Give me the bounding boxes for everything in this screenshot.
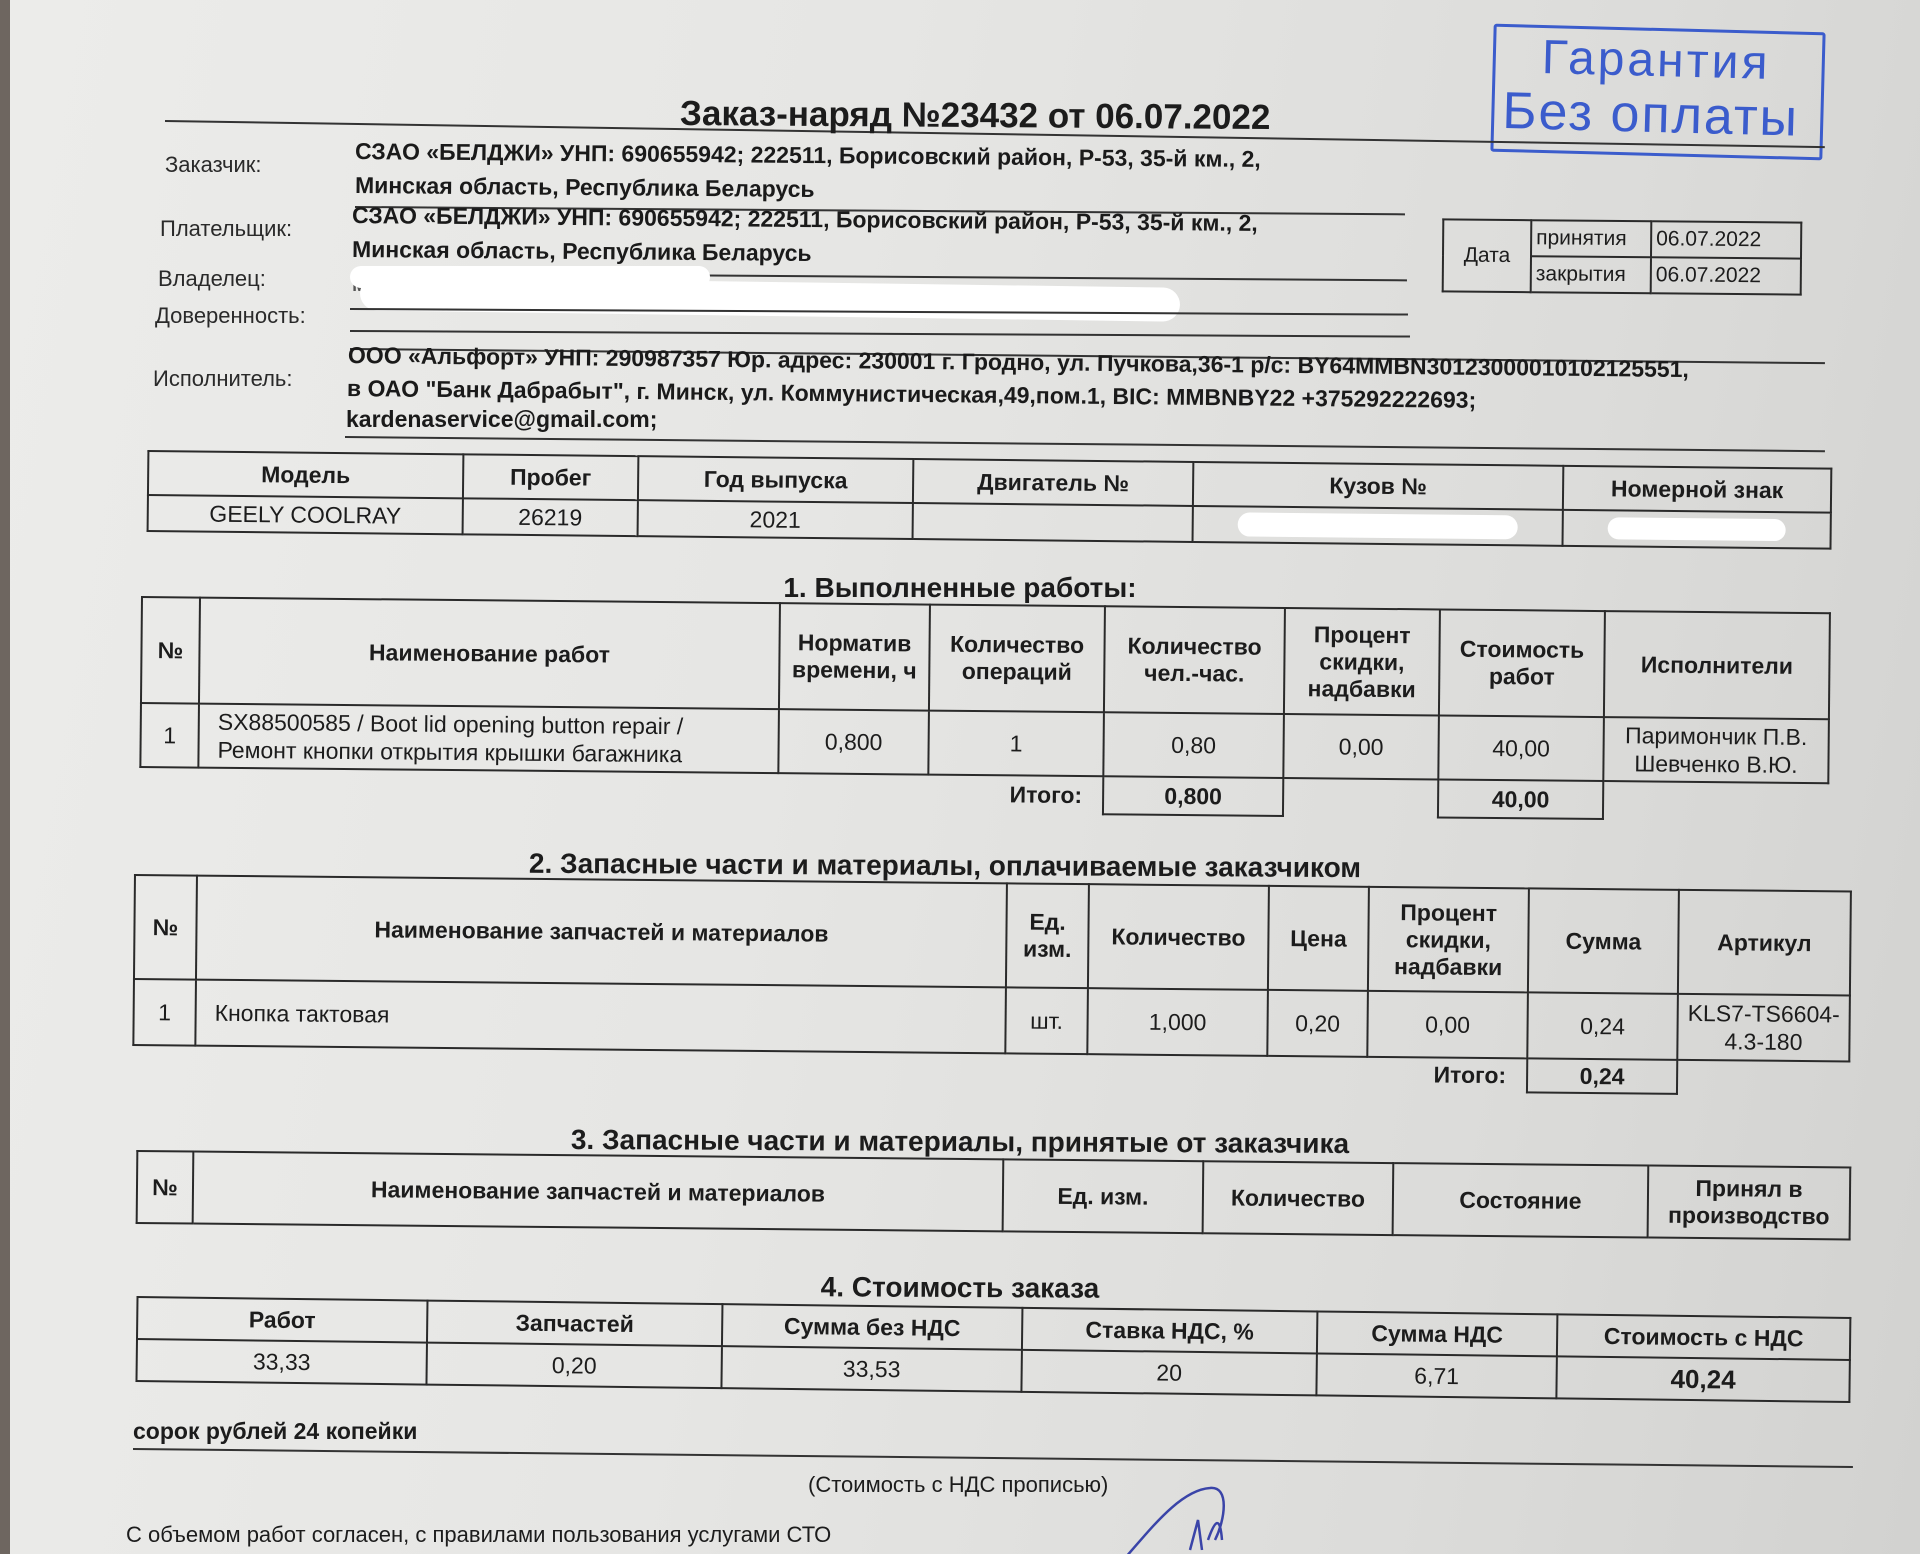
parts-header: Цена <box>1268 886 1369 991</box>
parts-table: № Наименование запчастей и материалов Ед… <box>132 874 1852 1096</box>
parts-header: Процент скидки, надбавки <box>1368 887 1529 993</box>
parts-header: Ед. изм. <box>1006 883 1089 988</box>
closed-label: закрытия <box>1531 256 1651 293</box>
amount-in-words-caption: (Стоимость с НДС прописью) <box>808 1472 1108 1498</box>
works-header: Количество операций <box>929 605 1105 713</box>
proxy-label: Доверенность: <box>155 303 306 329</box>
accepted-date: 06.07.2022 <box>1651 221 1801 258</box>
part-unit: шт. <box>1005 987 1088 1054</box>
customer-label: Заказчик: <box>165 152 261 178</box>
works-header: Процент скидки, надбавки <box>1284 608 1440 715</box>
work-norm-time: 0,800 <box>778 709 929 774</box>
vehicle-header: Двигатель № <box>913 459 1193 506</box>
order-number: Заказ-наряд №23432 <box>680 94 1038 135</box>
article-line2: 4.3-180 <box>1682 1027 1844 1057</box>
part-price: 0,20 <box>1267 990 1368 1057</box>
part-qty: 1,000 <box>1087 988 1268 1056</box>
owner-label: Владелец: <box>158 266 266 292</box>
customer-line2: Минская область, Республика Беларусь <box>355 170 815 204</box>
order-date: от 06.07.2022 <box>1048 97 1271 138</box>
vehicle-mileage: 26219 <box>463 498 638 536</box>
works-header: № <box>141 597 200 704</box>
works-header: Норматив времени, ч <box>779 603 930 710</box>
order-cost-header: Сумма без НДС <box>722 1304 1022 1350</box>
work-man-hours: 0,80 <box>1103 712 1284 778</box>
parts-header: Количество <box>1088 884 1269 990</box>
stamp-line1: Гарантия <box>1541 30 1771 91</box>
part-sum: 0,24 <box>1527 992 1678 1059</box>
vehicle-header: Пробег <box>463 454 638 500</box>
vat-rate: 20 <box>1021 1350 1316 1396</box>
work-operations: 1 <box>928 711 1104 777</box>
customer-parts-header: Состояние <box>1393 1163 1649 1237</box>
agreement-text: С объемом работ согласен, с правилами по… <box>126 1522 831 1548</box>
customer-parts-header: Ед. изм. <box>1003 1159 1204 1233</box>
works-total-man-hours: 0,800 <box>1103 776 1283 816</box>
dates-table: Дата принятия 06.07.2022 закрытия 06.07.… <box>1442 218 1803 295</box>
part-discount: 0,00 <box>1367 991 1528 1059</box>
vehicle-header: Номерной знак <box>1563 466 1831 513</box>
accepted-label: принятия <box>1531 220 1651 257</box>
works-total-cost: 40,00 <box>1438 779 1603 819</box>
order-cost-header: Запчастей <box>427 1301 722 1347</box>
executor: Паримончик П.В. <box>1609 721 1824 751</box>
payer-line2: Минская область, Республика Беларусь <box>352 234 812 268</box>
parts-total-sum: 0,24 <box>1527 1058 1677 1093</box>
order-cost-header: Стоимость с НДС <box>1557 1314 1850 1360</box>
cost-works: 33,33 <box>136 1339 426 1385</box>
contractor-label: Исполнитель: <box>153 366 293 392</box>
work-name-line2: Ремонт кнопки открытия крышки багажника <box>217 736 773 769</box>
customer-parts-header: Количество <box>1203 1161 1394 1235</box>
vehicle-header: Год выпуска <box>638 456 913 503</box>
page-title: Заказ-наряд №23432 от 06.07.2022 <box>680 94 1271 138</box>
vehicle-engine-number <box>913 503 1193 542</box>
works-header: Наименование работ <box>199 598 780 710</box>
order-cost-header: Ставка НДС, % <box>1022 1308 1317 1354</box>
signature-icon <box>1120 1480 1280 1554</box>
parts-header: Наименование запчастей и материалов <box>196 876 1007 988</box>
vehicle-header: Кузов № <box>1193 462 1563 510</box>
vehicle-plate <box>1563 510 1831 549</box>
vehicle-header: Модель <box>148 451 463 498</box>
work-cost: 40,00 <box>1438 715 1604 781</box>
vehicle-year: 2021 <box>638 500 913 539</box>
vehicle-body-number <box>1193 506 1563 546</box>
work-num: 1 <box>140 703 199 768</box>
dates-label: Дата <box>1443 219 1532 292</box>
customer-parts-header: Принял в производство <box>1648 1166 1851 1240</box>
amount-in-words: сорок рублей 24 копейки <box>133 1418 417 1445</box>
payer-label: Плательщик: <box>160 216 292 242</box>
closed-date: 06.07.2022 <box>1651 257 1801 294</box>
cost-without-vat: 33,53 <box>721 1346 1021 1392</box>
order-cost-header: Работ <box>137 1297 427 1343</box>
customer-parts-header: № <box>137 1151 194 1224</box>
cost-parts: 0,20 <box>426 1343 721 1389</box>
part-num: 1 <box>133 979 196 1046</box>
works-total-label: Итого: <box>140 767 1103 814</box>
parts-header: № <box>134 875 197 980</box>
customer-parts-header: Наименование запчастей и материалов <box>193 1152 1004 1232</box>
works-header: Стоимость работ <box>1439 609 1605 717</box>
work-name: SX88500585 / Boot lid opening button rep… <box>198 704 779 774</box>
work-discount: 0,00 <box>1283 714 1439 779</box>
parts-header: Артикул <box>1678 890 1851 996</box>
executor: Шевченко В.Ю. <box>1608 749 1823 779</box>
part-article: KLS7-TS6604- 4.3-180 <box>1677 994 1850 1062</box>
works-header: Количество чел.-час. <box>1104 606 1285 714</box>
vehicle-model: GEELY COOLRAY <box>148 495 463 534</box>
stamp-line2: Без оплаты <box>1502 81 1800 149</box>
parts-header: Сумма <box>1528 888 1679 993</box>
work-executors: Паримончик П.В. Шевченко В.Ю. <box>1603 717 1829 783</box>
total-with-vat: 40,24 <box>1556 1356 1849 1402</box>
contractor-email: kardenaservice@gmail.com; <box>346 404 657 434</box>
order-cost-header: Сумма НДС <box>1317 1311 1557 1356</box>
works-header: Исполнители <box>1604 611 1830 719</box>
works-table: № Наименование работ Норматив времени, ч… <box>139 596 1831 822</box>
vat-amount: 6,71 <box>1316 1353 1556 1398</box>
article-line1: KLS7-TS6604- <box>1683 999 1845 1029</box>
warranty-stamp: Гарантия Без оплаты <box>1490 24 1825 161</box>
part-name: Кнопка тактовая <box>195 980 1006 1054</box>
